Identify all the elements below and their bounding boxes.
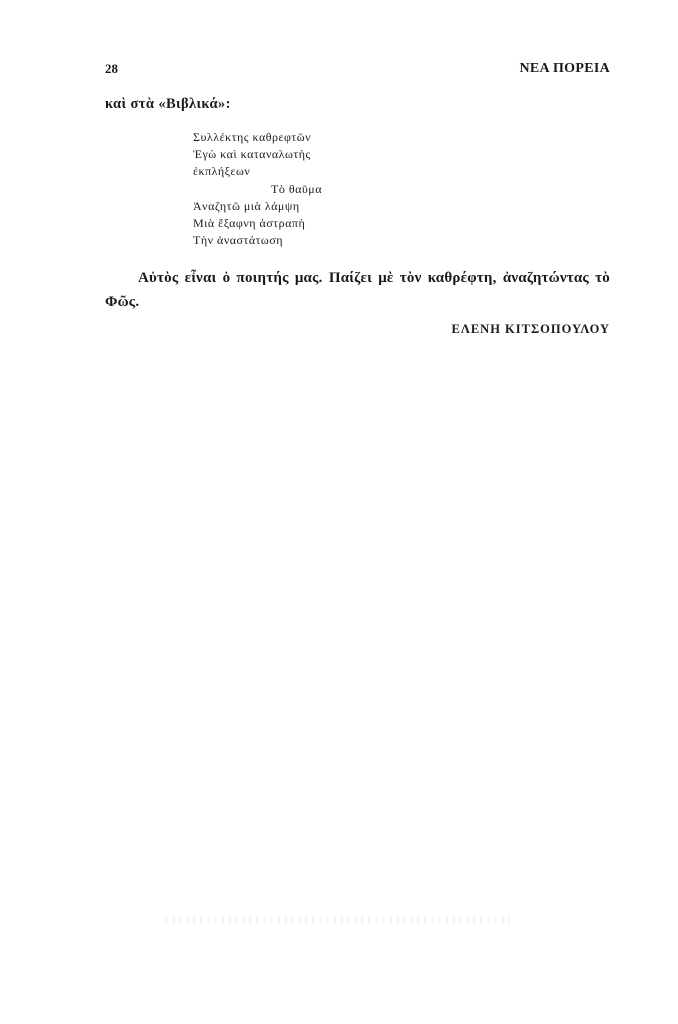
body-paragraph: Αὐτὸς εἶναι ὁ ποιητής μας. Παίζει μὲ τὸν…: [105, 266, 610, 314]
poem-line: ἐκπλήξεων: [193, 163, 322, 180]
page-number: 28: [105, 61, 118, 77]
author-signature: ΕΛΕΝΗ ΚΙΤΣΟΠΟΥΛΟΥ: [452, 322, 610, 337]
running-title: ΝΕΑ ΠΟΡΕΙΑ: [519, 61, 610, 77]
poem-line: Τὸ θαῦμα: [193, 181, 322, 198]
poem-line: Μιὰ ἔξαφνη ἀστραπὴ: [193, 215, 322, 232]
poem: Συλλέκτης καθρεφτῶν Ἐγὼ καὶ καταναλωτὴς …: [193, 129, 322, 249]
poem-line: Ἀναζητῶ μιὰ λάμψη: [193, 198, 322, 215]
poem-line: Τὴν ἀναστάτωση: [193, 232, 322, 249]
intro-line: καὶ στὰ «Βιβλικά»:: [105, 96, 231, 113]
bleed-through-noise: [165, 916, 510, 924]
poem-line: Συλλέκτης καθρεφτῶν: [193, 129, 322, 146]
poem-line: Ἐγὼ καὶ καταναλωτὴς: [193, 146, 322, 163]
